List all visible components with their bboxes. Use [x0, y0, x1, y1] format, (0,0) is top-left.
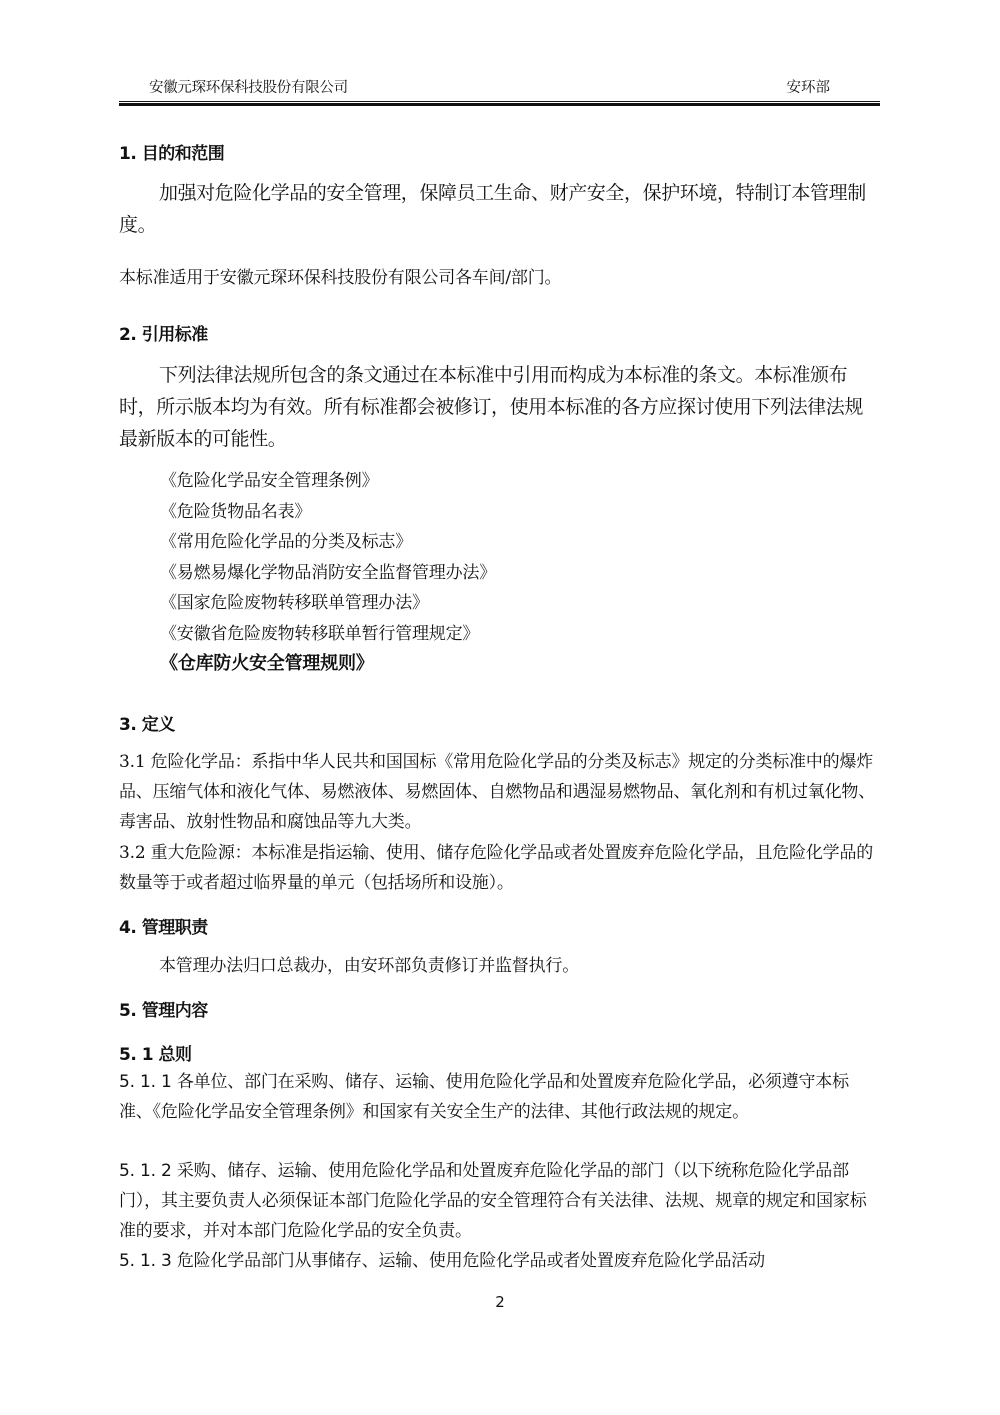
- reference-item: 《常用危险化学品的分类及标志》: [160, 527, 496, 558]
- item-5-1-1: 5. 1. 1 各单位、部门在采购、储存、运输、使用危险化学品和处置废弃危险化学…: [119, 1067, 881, 1127]
- item-5-1-3: 5. 1. 3 危险化学品部门从事储存、运输、使用危险化学品或者处置废弃危险化学…: [119, 1246, 881, 1276]
- section-3-title: 3. 定义: [119, 710, 881, 735]
- reference-item: 《危险货物品名表》: [160, 497, 496, 528]
- page-number: 2: [0, 1293, 1000, 1311]
- reference-item: 《安徽省危险废物转移联单暂行管理规定》: [160, 619, 496, 650]
- section-1-title: 1. 目的和范围: [119, 139, 881, 164]
- section-4-para-1: 本管理办法归口总裁办，由安环部负责修订并监督执行。: [119, 951, 881, 981]
- page-header: 安徽元琛环保科技股份有限公司 安环部: [119, 76, 880, 106]
- section-1-para-2: 本标准适用于安徽元琛环保科技股份有限公司各车间/部门。: [119, 263, 881, 293]
- item-5-1-2: 5. 1. 2 采购、储存、运输、使用危险化学品和处置废弃危险化学品的部门（以下…: [119, 1156, 881, 1246]
- section-1-para-1: 加强对危险化学品的安全管理，保障员工生命、财产安全，保护环境，特制订本管理制度。: [119, 177, 881, 241]
- section-5-1-title: 5. 1 总则: [119, 1040, 881, 1065]
- section-2-title: 2. 引用标准: [119, 320, 881, 345]
- section-5-title: 5. 管理内容: [119, 996, 881, 1021]
- reference-item: 《危险化学品安全管理条例》: [160, 466, 496, 497]
- reference-item: 《国家危险废物转移联单管理办法》: [160, 588, 496, 619]
- definition-3-1: 3.1 危险化学品：系指中华人民共和国国标《常用危险化学品的分类及标志》规定的分…: [119, 747, 881, 837]
- header-department: 安环部: [787, 76, 831, 97]
- definition-3-2: 3.2 重大危险源：本标准是指运输、使用、储存危险化学品或者处置废弃危险化学品，…: [119, 838, 881, 898]
- header-rule-thick: [119, 103, 880, 106]
- section-4-title: 4. 管理职责: [119, 913, 881, 938]
- header-rule-thin: [119, 101, 880, 102]
- reference-list: 《危险化学品安全管理条例》 《危险货物品名表》 《常用危险化学品的分类及标志》 …: [160, 466, 496, 680]
- header-company: 安徽元琛环保科技股份有限公司: [149, 76, 348, 97]
- reference-item: 《仓库防火安全管理规则》: [160, 649, 496, 680]
- section-2-para-1: 下列法律法规所包含的条文通过在本标准中引用而构成为本标准的条文。本标准颁布时，所…: [119, 359, 881, 455]
- reference-item: 《易燃易爆化学物品消防安全监督管理办法》: [160, 558, 496, 589]
